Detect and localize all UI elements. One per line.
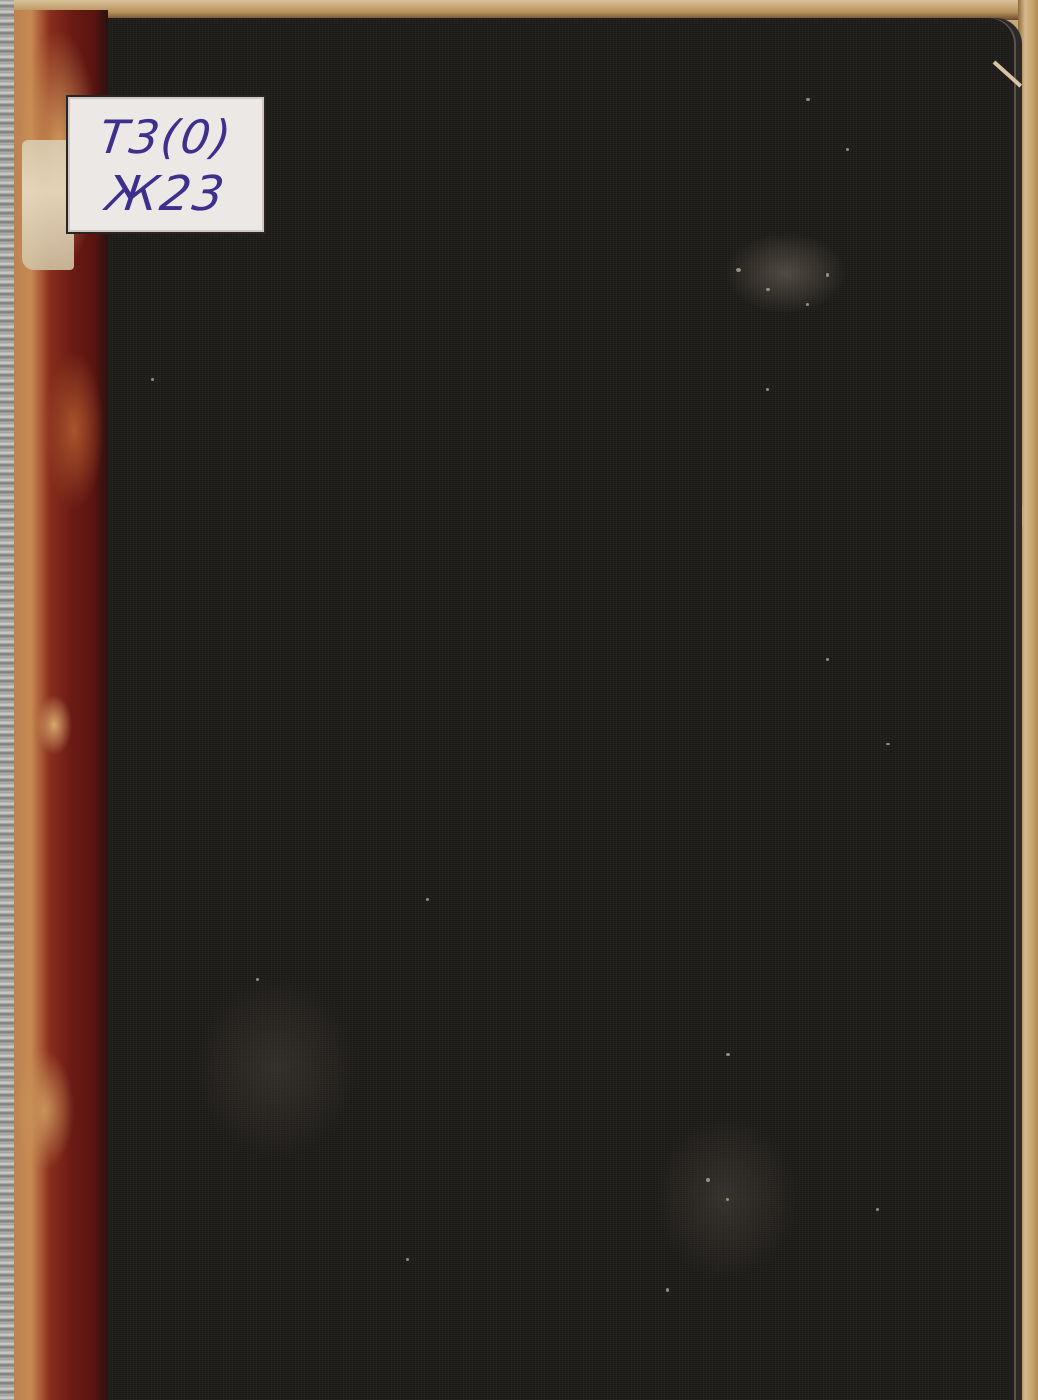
wear-speck <box>806 303 809 306</box>
shelf-mark-label: Т3(0) Ж23 <box>68 97 264 232</box>
wear-speck <box>726 1053 730 1056</box>
wear-speck <box>666 1288 669 1292</box>
wear-speck <box>256 978 259 981</box>
label-author-mark: Ж23 <box>64 165 268 223</box>
wear-speck <box>706 1178 710 1182</box>
wear-speck <box>736 268 741 272</box>
wear-speck <box>846 148 849 151</box>
top-page-edge <box>0 0 1038 20</box>
wear-speck <box>766 288 770 291</box>
wear-speck <box>806 98 810 101</box>
wear-speck <box>826 658 829 661</box>
wear-speck <box>151 378 154 381</box>
wear-speck <box>406 1258 409 1261</box>
wear-speck <box>726 1198 729 1201</box>
wear-speck <box>876 1208 879 1211</box>
wear-speck <box>886 743 890 745</box>
wear-speck <box>826 273 829 277</box>
label-call-number: Т3(0) <box>64 109 268 165</box>
wear-speck <box>766 388 769 391</box>
left-page-edge <box>0 0 14 1400</box>
book-cover-photo: Т3(0) Ж23 <box>0 0 1038 1400</box>
wear-speck <box>426 898 429 901</box>
